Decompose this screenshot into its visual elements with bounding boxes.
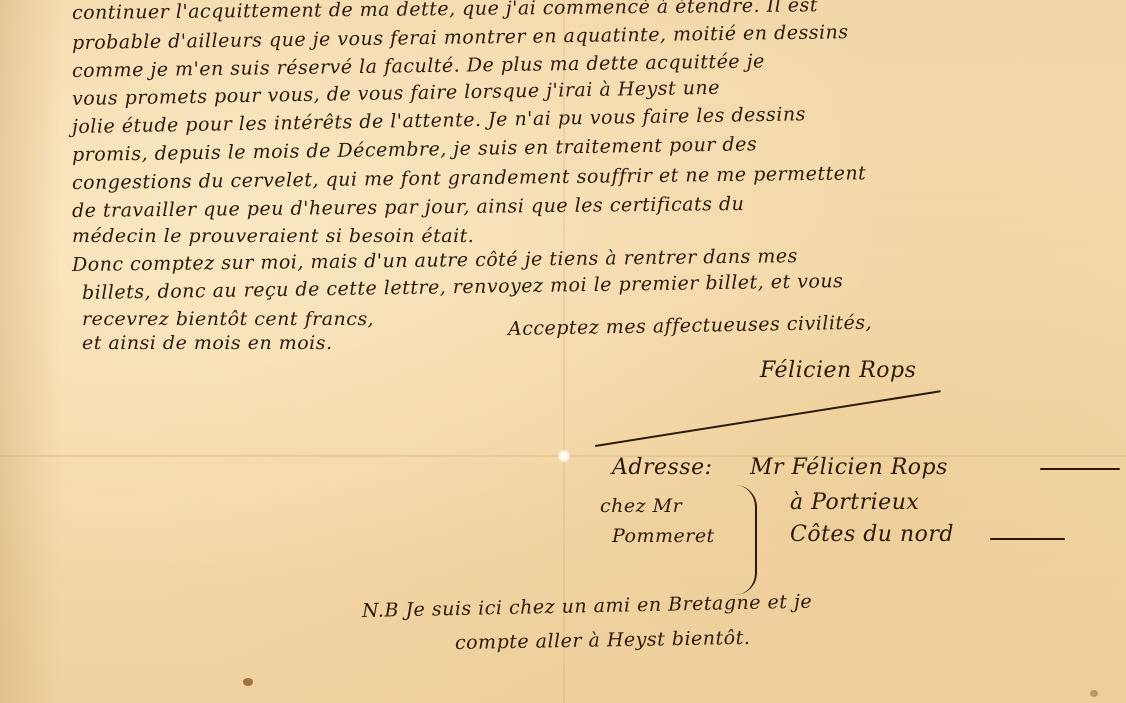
address-care-of: chez Mr: [600, 495, 682, 517]
pinhole-mark: [558, 450, 570, 462]
letter-body-line: recevrez bientôt cent francs,: [82, 308, 374, 330]
address-region: Côtes du nord: [790, 522, 954, 547]
ink-spot: [243, 678, 253, 686]
letter-body-line: et ainsi de mois en mois.: [82, 332, 333, 354]
address-brace: [735, 485, 757, 595]
address-label: Adresse:: [612, 455, 713, 480]
address-underline: [1040, 468, 1120, 470]
address-care-of-name: Pommeret: [612, 525, 715, 547]
address-town: à Portrieux: [790, 490, 919, 515]
ink-spot: [1090, 690, 1098, 697]
address-name: Mr Félicien Rops: [750, 455, 948, 480]
letter-body-line: médecin le prouveraient si besoin était.: [72, 225, 474, 247]
paper-edge-shadow: [0, 0, 60, 703]
signature: Félicien Rops: [760, 358, 916, 383]
address-region-underline: [990, 538, 1065, 540]
